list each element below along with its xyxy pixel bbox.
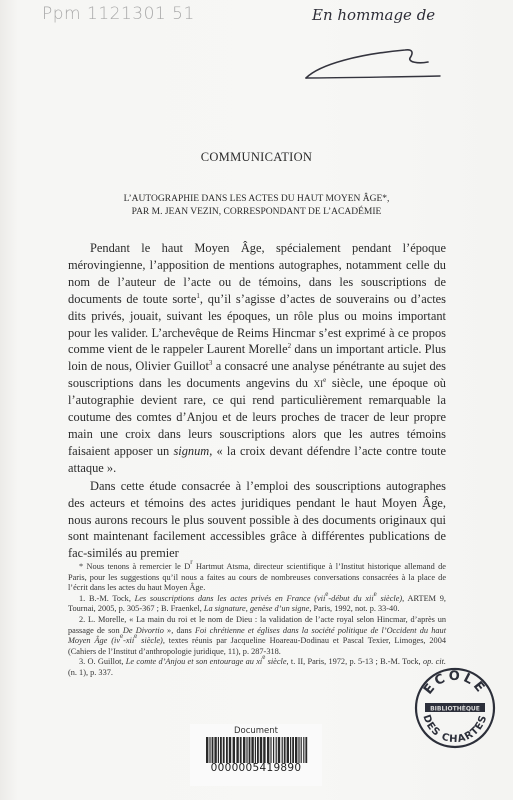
section-heading: COMMUNICATION bbox=[0, 150, 513, 165]
handwritten-dedication: En hommage de bbox=[312, 6, 435, 24]
article-body: Pendant le haut Moyen Âge, spécialement … bbox=[68, 240, 446, 562]
svg-text:BIBLIOTHÈQUE: BIBLIOTHÈQUE bbox=[430, 705, 480, 713]
article-title-line-2: PAR M. JEAN VEZIN, CORRESPONDANT DE L’AC… bbox=[0, 206, 513, 219]
body-paragraph-1: Pendant le haut Moyen Âge, spécialement … bbox=[68, 240, 446, 477]
footnote-3: 3. O. Guillot, Le comte d’Anjou et son e… bbox=[68, 657, 446, 678]
library-stamp-icon: ECOLE BIBLIOTHÈQUE DES CHARTES bbox=[413, 666, 497, 750]
footnote-0: * Nous tenons à remercier le Dr Hartmut … bbox=[68, 562, 446, 594]
scanned-page: Ppm 1121301 51 En hommage de COMMUNICATI… bbox=[0, 0, 513, 800]
footnotes: * Nous tenons à remercier le Dr Hartmut … bbox=[68, 562, 446, 679]
svg-text:DES CHARTES: DES CHARTES bbox=[420, 713, 489, 745]
article-title: L’AUTOGRAPHIE DANS LES ACTES DU HAUT MOY… bbox=[0, 193, 513, 219]
pencil-shelfmark: Ppm 1121301 51 bbox=[42, 4, 195, 24]
barcode-title: Document bbox=[190, 726, 322, 736]
article-title-line-1: L’AUTOGRAPHIE DANS LES ACTES DU HAUT MOY… bbox=[0, 193, 513, 206]
barcode-number: 0000005419890 bbox=[190, 762, 322, 774]
body-paragraph-2: Dans cette étude consacrée à l’emploi de… bbox=[68, 478, 446, 563]
signature-flourish-icon bbox=[300, 46, 450, 82]
footnote-2: 2. L. Morelle, « La main du roi et le no… bbox=[68, 615, 446, 657]
barcode-label: Document 0000005419890 bbox=[190, 724, 322, 786]
barcode-icon bbox=[204, 737, 308, 763]
footnote-1: 1. B.-M. Tock, Les souscriptions dans le… bbox=[68, 594, 446, 615]
svg-text:ECOLE: ECOLE bbox=[421, 669, 489, 698]
